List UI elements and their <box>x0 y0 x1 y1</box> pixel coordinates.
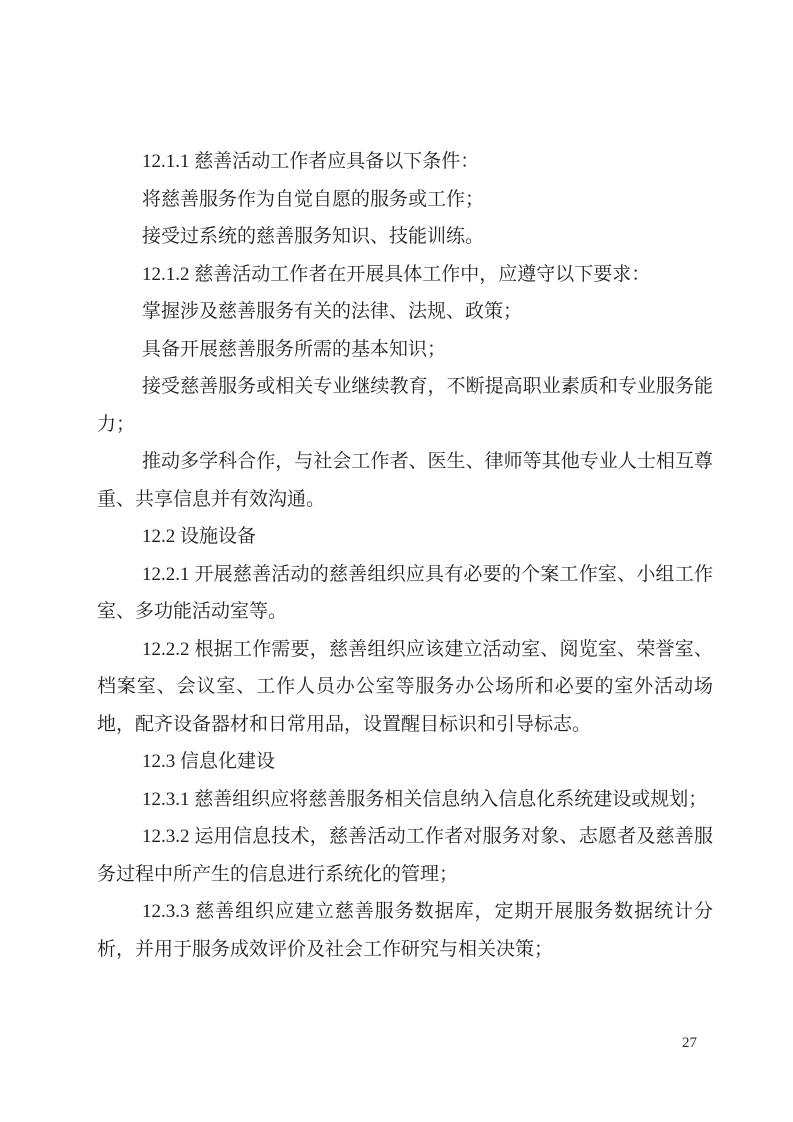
paragraph: 将慈善服务作为自觉自愿的服务或工作； <box>97 181 713 219</box>
document-body: 12.1.1 慈善活动工作者应具备以下条件：将慈善服务作为自觉自愿的服务或工作；… <box>97 143 713 968</box>
paragraph: 12.3.1 慈善组织应将慈善服务相关信息纳入信息化系统建设或规划； <box>97 781 713 819</box>
paragraph: 12.1.2 慈善活动工作者在开展具体工作中，应遵守以下要求： <box>97 256 713 294</box>
paragraph: 推动多学科合作，与社会工作者、医生、律师等其他专业人士相互尊重、共享信息并有效沟… <box>97 443 713 518</box>
paragraph: 12.3.2 运用信息技术，慈善活动工作者对服务对象、志愿者及慈善服务过程中所产… <box>97 818 713 893</box>
paragraph: 接受慈善服务或相关专业继续教育，不断提高职业素质和专业服务能力； <box>97 368 713 443</box>
paragraph: 接受过系统的慈善服务知识、技能训练。 <box>97 218 713 256</box>
paragraph: 12.3.3 慈善组织应建立慈善服务数据库，定期开展服务数据统计分析，并用于服务… <box>97 893 713 968</box>
section-heading: 12.2 设施设备 <box>97 518 713 556</box>
paragraph: 具备开展慈善服务所需的基本知识； <box>97 331 713 369</box>
paragraph: 12.2.2 根据工作需要，慈善组织应该建立活动室、阅览室、荣誉室、档案室、会议… <box>97 631 713 744</box>
paragraph: 掌握涉及慈善服务有关的法律、法规、政策； <box>97 293 713 331</box>
paragraph: 12.2.1 开展慈善活动的慈善组织应具有必要的个案工作室、小组工作室、多功能活… <box>97 556 713 631</box>
section-heading: 12.3 信息化建设 <box>97 743 713 781</box>
page-number: 27 <box>682 1033 697 1053</box>
paragraph: 12.1.1 慈善活动工作者应具备以下条件： <box>97 143 713 181</box>
document-page: 12.1.1 慈善活动工作者应具备以下条件：将慈善服务作为自觉自愿的服务或工作；… <box>0 0 793 1122</box>
